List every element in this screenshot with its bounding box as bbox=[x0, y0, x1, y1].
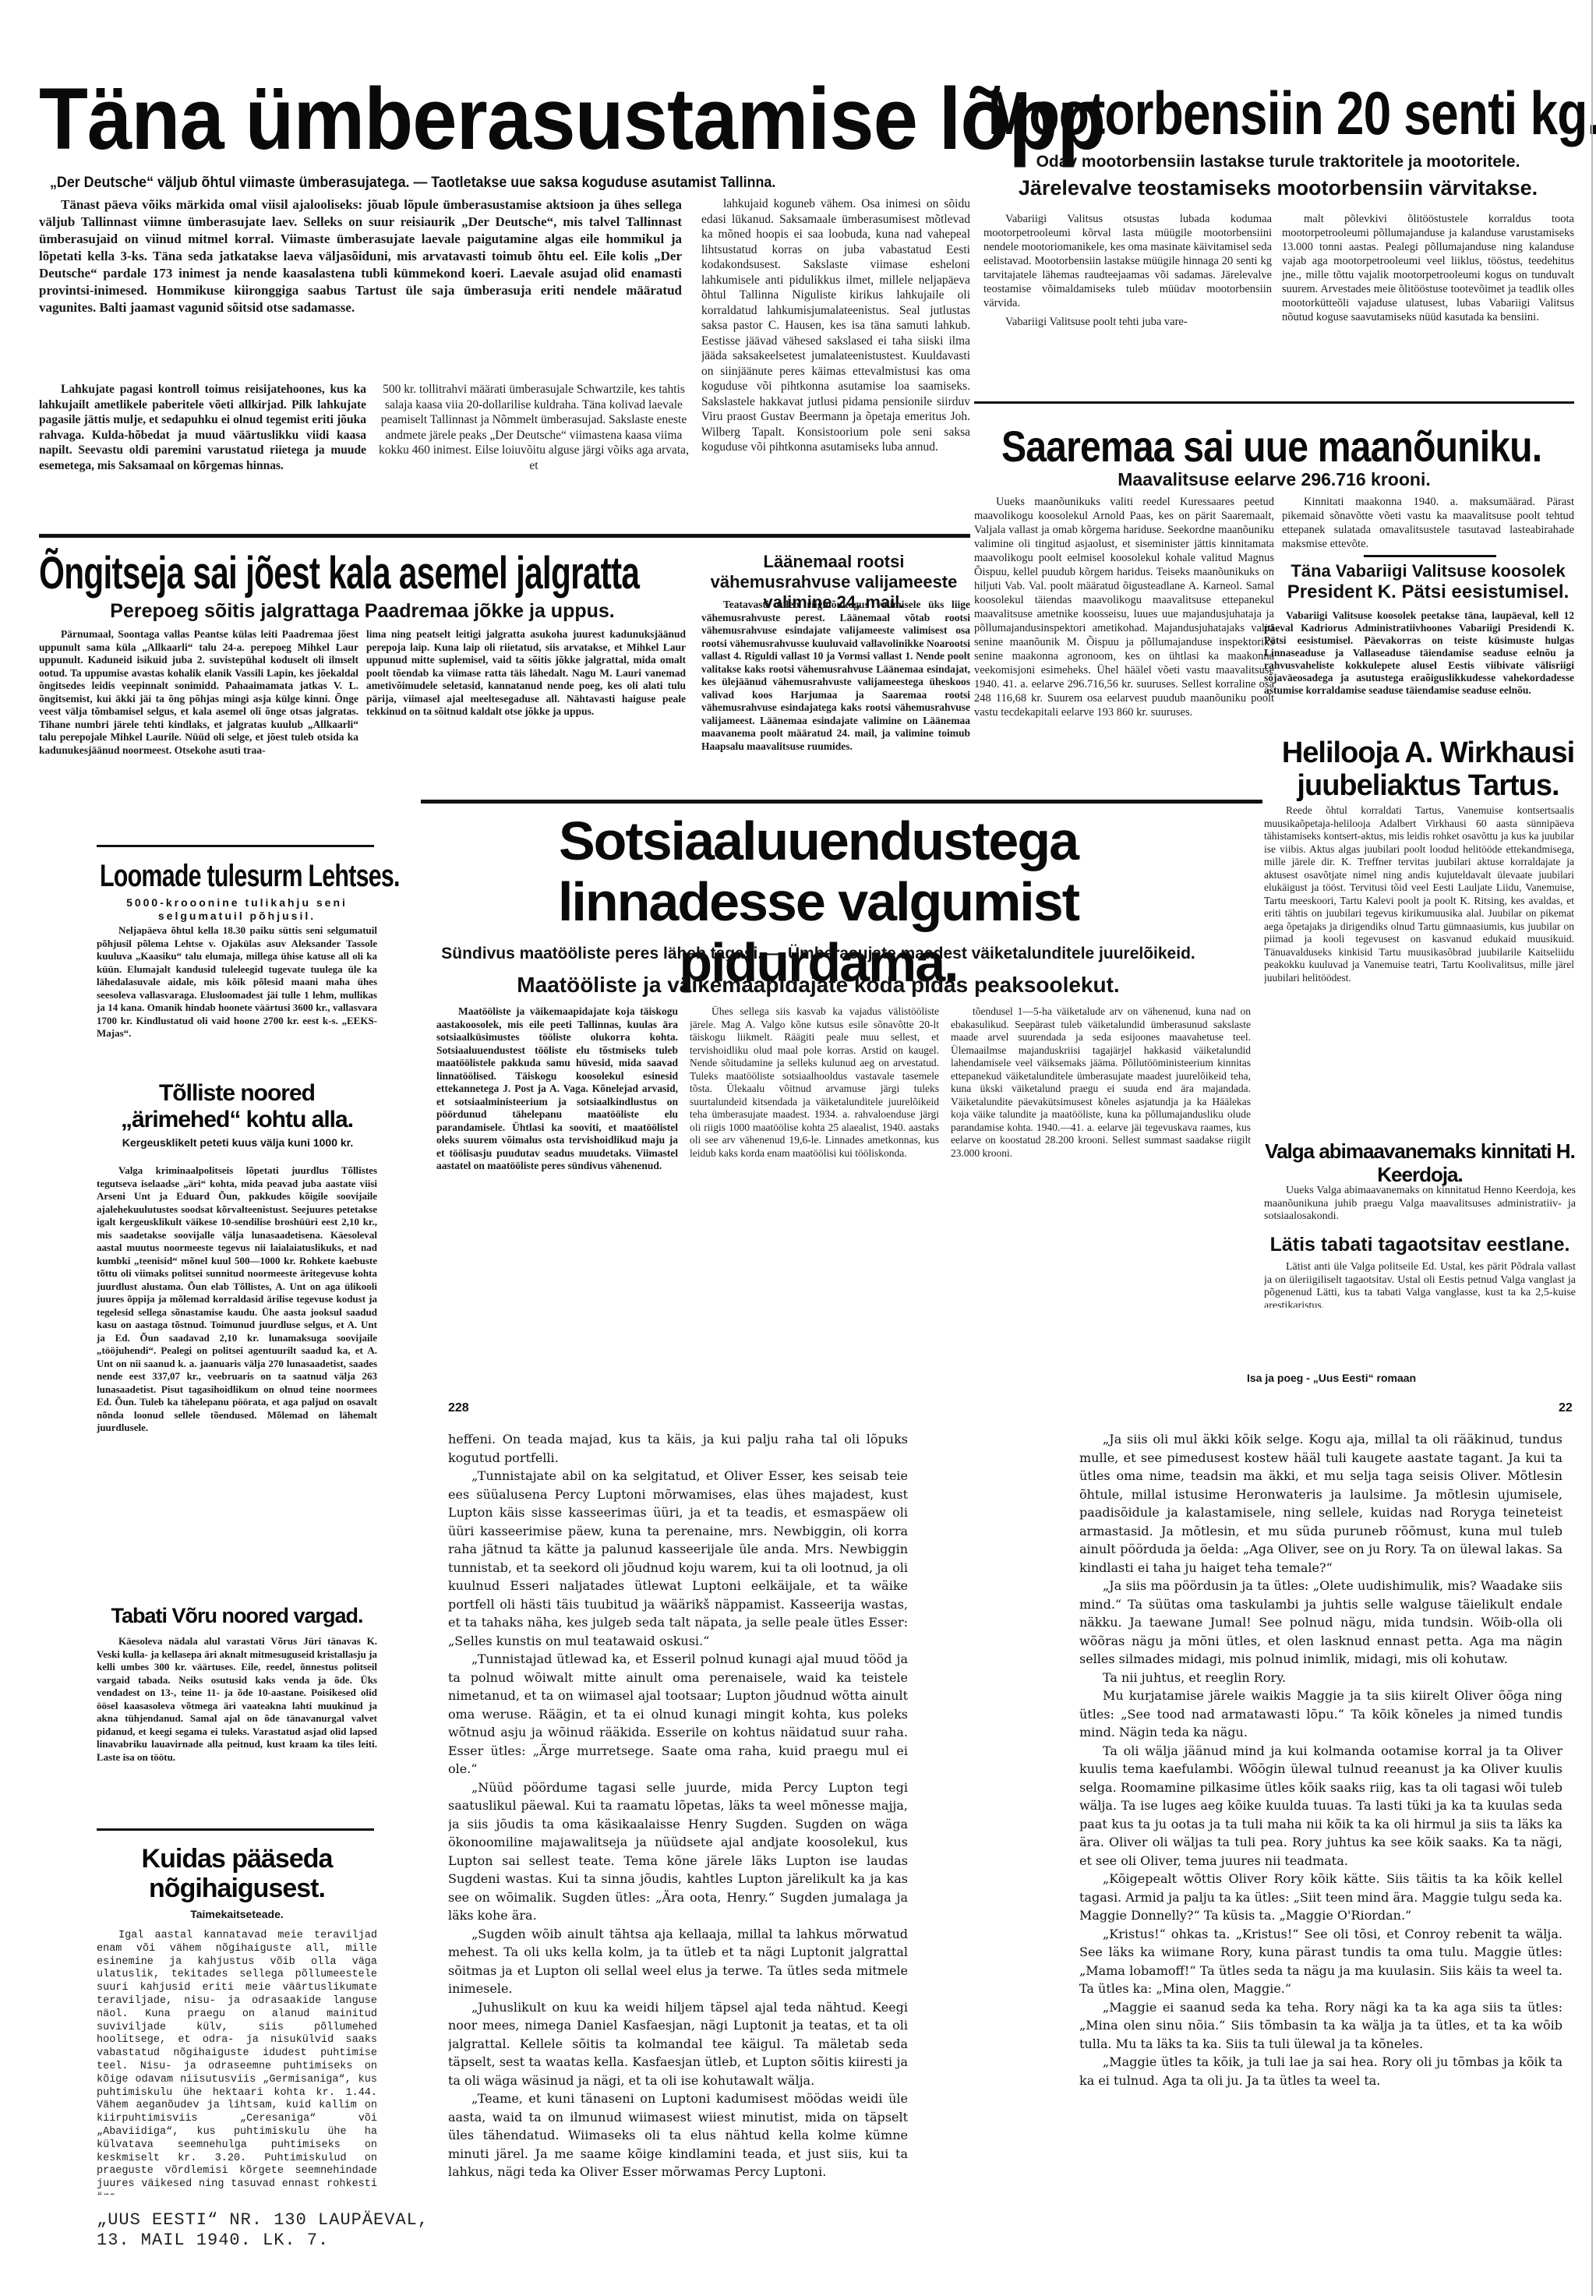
loomade-tulesurm-body: Neljapäeva õhtul kella 18.30 paiku sütti… bbox=[97, 924, 377, 1072]
headline-tolliste: Tõlliste noored „ärimehed“ kohtu alla. bbox=[97, 1080, 377, 1133]
subhead-ongitseja: Perepoeg sõitis jalgrattaga Paadremaa jõ… bbox=[39, 600, 686, 623]
novel-paragraph: Ta oli wälja jäänud mind ja kui kolmanda… bbox=[1079, 1742, 1562, 1870]
divider bbox=[974, 401, 1574, 404]
body-text: Reede õhtul korraldati Tartus, Vanemuise… bbox=[1264, 804, 1574, 984]
mootorbensiin-col-2: malt põlevkivi õlitööstustele korraldus … bbox=[1282, 212, 1574, 360]
headline-valga: Valga abimaavanemaks kinnitati H. Keerdo… bbox=[1264, 1139, 1576, 1186]
mootorbensiin-col-1: Vabariigi Valitsus otsustas lubada kodum… bbox=[983, 212, 1272, 360]
body-text: Vabariigi Valitsuse koosolek peetakse tä… bbox=[1264, 609, 1574, 697]
novel-paragraph: „Maggie ütles ta kõik, ja tuli lae ja sa… bbox=[1079, 2053, 1562, 2089]
sotsiaaluuendused-col-1: Maatööliste ja väikemaapidajate koja täi… bbox=[436, 1005, 678, 1333]
footer-publication-line-1: „UUS EESTI“ NR. 130 LAUPÄEVAL, bbox=[97, 2210, 429, 2231]
tabati-voru-body: Käesoleva nädala alul varastati Võrus Jü… bbox=[97, 1635, 377, 1822]
saaremaa-col-2: Kinnitati maakonna 1940. a. maksumäärad.… bbox=[1282, 495, 1574, 557]
body-text: tõendusel 1—5-ha väiketalude arv on vähe… bbox=[951, 1005, 1251, 1160]
umberasustamine-col-2: 500 kr. tollitrahvi määrati ümberasujale… bbox=[374, 382, 694, 546]
novel-paragraph: Ta nii juhtus, et reeglin Rory. bbox=[1079, 1669, 1562, 1687]
umberasustamine-col-3: lahkujaid koguneb vähem. Osa inimesi on … bbox=[701, 196, 970, 547]
headline-loomade-tulesurm: Loomade tulesurm Lehtses. bbox=[100, 859, 400, 894]
novel-paragraph: „Tunnistajate abil on ka selgitatud, et … bbox=[448, 1467, 908, 1650]
headline-wirkhaus: Helilooja A. Wirkhausi juubeliaktus Tart… bbox=[1278, 736, 1578, 802]
novel-paragraph: „Teame, et kuni tänaseni on Luptoni kadu… bbox=[448, 2089, 908, 2181]
sotsiaaluuendused-col-2: Ühes sellega siis kasvab ka vajadus väli… bbox=[690, 1005, 939, 1333]
novel-paragraph: „Kristus!“ ohkas ta. „Kristus!“ See oli … bbox=[1079, 1925, 1562, 1998]
novel-paragraph: „Tunnistajad ütlewad ka, et Esseril poln… bbox=[448, 1650, 908, 1779]
headline-mootorbensiin: Mootorbensiin 20 senti kg. bbox=[988, 78, 1596, 149]
novel-paragraph: heffeni. On teada majad, kus ta käis, ja… bbox=[448, 1430, 908, 1467]
divider bbox=[1364, 555, 1496, 557]
tolliste-body: Valga kriminaalpolitseis lõpetati juurdl… bbox=[97, 1164, 377, 1601]
page-edge-line bbox=[1591, 0, 1593, 2296]
body-text: 500 kr. tollitrahvi määrati ümberasujale… bbox=[374, 382, 694, 473]
body-text: Lätist anti üle Valga politseile Ed. Ust… bbox=[1264, 1261, 1576, 1308]
subhead-saaremaa: Maavalitsuse eelarve 296.716 krooni. bbox=[974, 469, 1574, 490]
novel-left-page: heffeni. On teada majad, kus ta käis, ja… bbox=[448, 1430, 908, 2287]
subhead-kuidas-paaseda: Taimekaitseteade. bbox=[97, 1908, 377, 1920]
novel-paragraph: „Maggie ei saanud seda ka teha. Rory näg… bbox=[1079, 1998, 1562, 2054]
latis-body: Lätist anti üle Valga politseile Ed. Ust… bbox=[1264, 1261, 1576, 1308]
umberasustamine-col-1: Lahkujate pagasi kontroll toimus reisija… bbox=[39, 382, 366, 546]
headline-vabariigi-valitsus-1: Täna Vabariigi Valitsuse koosolek bbox=[1278, 561, 1578, 581]
body-text: Pärnumaal, Soontaga vallas Peantse külas… bbox=[39, 628, 358, 757]
body-text: Kinnitati maakonna 1940. a. maksumäärad.… bbox=[1282, 495, 1574, 551]
divider bbox=[97, 845, 374, 847]
body-text: lima ning peatselt leitigi jalgratta asu… bbox=[366, 628, 686, 719]
body-text: Ühes sellega siis kasvab ka vajadus väli… bbox=[690, 1005, 939, 1160]
body-text: Vabariigi Valitsus otsustas lubada kodum… bbox=[983, 212, 1272, 310]
novel-right-page: „Ja siis oli mul äkki kõik selge. Kogu a… bbox=[1079, 1430, 1562, 2287]
body-text: Vabariigi Valitsuse poolt tehti juba var… bbox=[983, 315, 1272, 329]
laanemaa-body: Teatavasti tuleb riiginõukogus valimisel… bbox=[701, 599, 970, 793]
body-text: Uueks maanõunikuks valiti reedel Kuressa… bbox=[974, 495, 1274, 719]
saaremaa-col-1: Uueks maanõunikuks valiti reedel Kuressa… bbox=[974, 495, 1274, 822]
headline-latis: Lätis tabati tagaotsitav eestlane. bbox=[1264, 1234, 1576, 1256]
novel-paragraph: „Ja siis oli mul äkki kõik selge. Kogu a… bbox=[1079, 1430, 1562, 1577]
headline-tabati-voru: Tabati Võru noored vargad. bbox=[97, 1604, 377, 1628]
novel-paragraph: Mu kurjatamise järele waikis Maggie ja t… bbox=[1079, 1687, 1562, 1742]
valga-body: Uueks Valga abimaavanemaks on kinnitatud… bbox=[1264, 1185, 1576, 1236]
novel-paragraph: „Kõigepealt wõttis Oliver Rory kõik kätt… bbox=[1079, 1870, 1562, 1925]
subhead-loomade-tulesurm: 5000-krooonine tulikahju seni selgumatui… bbox=[97, 896, 377, 923]
novel-paragraph: „Sugden wõib ainult tähtsa aja kellaaja,… bbox=[448, 1925, 908, 1998]
headline-umberasustamine: Täna ümberasustamise lõpp bbox=[39, 69, 1105, 169]
lead-umberasustamine: Tänast päeva võiks märkida omal viisil a… bbox=[39, 196, 682, 376]
subhead-umberasustamine: „Der Deutsche“ väljub õhtul viimaste ümb… bbox=[50, 175, 914, 192]
body-text: Valga kriminaalpolitseis lõpetati juurdl… bbox=[97, 1164, 377, 1435]
wirkhaus-body: Reede õhtul korraldati Tartus, Vanemuise… bbox=[1264, 804, 1574, 1124]
novel-paragraph: „Nüüd pöördume tagasi selle juurde, mida… bbox=[448, 1779, 908, 1925]
subhead-mootorbensiin-2: Järelevalve teostamiseks mootorbensiin v… bbox=[974, 176, 1582, 200]
body-text: Maatööliste ja väikemaapidajate koja täi… bbox=[436, 1005, 678, 1173]
ongitseja-col-2: lima ning peatselt leitigi jalgratta asu… bbox=[366, 628, 686, 737]
body-text: Uueks Valga abimaavanemaks on kinnitatud… bbox=[1264, 1185, 1576, 1224]
body-text: Igal aastal kannatavad meie teraviljad e… bbox=[97, 1930, 377, 2195]
novel-running-head: Isa ja poeg - „Uus Eesti“ romaan bbox=[1247, 1372, 1416, 1384]
vabariigi-valitsus-body: Vabariigi Valitsuse koosolek peetakse tä… bbox=[1264, 609, 1574, 734]
footer-publication-line-2: 13. MAIL 1940. LK. 7. bbox=[97, 2231, 329, 2251]
subhead-tolliste: Kergeusklikelt peteti kuus välja kuni 10… bbox=[117, 1136, 358, 1150]
subhead-sotsiaaluuendused-2: Maatööliste ja väikemaapidajate koda pid… bbox=[436, 973, 1200, 998]
subhead-sotsiaaluuendused-1: Sündivus maatööliste peres läheb tagasi.… bbox=[436, 945, 1200, 963]
ongitseja-col-1: Pärnumaal, Soontaga vallas Peantse külas… bbox=[39, 628, 358, 827]
subhead-mootorbensiin-1: Odav mootorbensiin lastakse turule trakt… bbox=[974, 153, 1582, 171]
novel-paragraph: „Ja siis ma pöördusin ja ta ütles: „Olet… bbox=[1079, 1577, 1562, 1669]
body-text: malt põlevkivi õlitööstustele korraldus … bbox=[1282, 212, 1574, 324]
kuidas-paaseda-body: Igal aastal kannatavad meie teraviljad e… bbox=[97, 1930, 377, 2195]
divider bbox=[97, 1828, 374, 1831]
lead-text: Tänast päeva võiks märkida omal viisil a… bbox=[39, 196, 682, 316]
novel-paragraph: „Juhuslikult on kuu ka weidi hiljem täps… bbox=[448, 1998, 908, 2090]
body-text: lahkujaid koguneb vähem. Osa inimesi on … bbox=[701, 196, 970, 455]
novel-page-number-right: 22 bbox=[1559, 1401, 1573, 1415]
novel-page-number-left: 228 bbox=[448, 1401, 469, 1415]
divider bbox=[39, 534, 970, 538]
headline-saaremaa: Saaremaa sai uue maanõuniku. bbox=[1001, 421, 1541, 472]
headline-ongitseja: Õngitseja sai jõest kala asemel jalgratt… bbox=[39, 547, 639, 599]
body-text: Käesoleva nädala alul varastati Võrus Jü… bbox=[97, 1635, 377, 1764]
body-text: Teatavasti tuleb riiginõukogus valimisel… bbox=[701, 599, 970, 753]
headline-sotsiaaluuendused: Sotsiaaluuendustega linnadesse valgumist… bbox=[436, 811, 1200, 993]
body-text: Lahkujate pagasi kontroll toimus reisija… bbox=[39, 382, 366, 473]
divider bbox=[421, 800, 1262, 804]
body-text: Neljapäeva õhtul kella 18.30 paiku sütti… bbox=[97, 924, 377, 1040]
headline-vabariigi-valitsus-2: President K. Pätsi eesistumisel. bbox=[1278, 581, 1578, 603]
headline-kuidas-paaseda: Kuidas pääseda nõgihaigusest. bbox=[97, 1844, 377, 1903]
sotsiaaluuendused-col-3: tõendusel 1—5-ha väiketalude arv on vähe… bbox=[951, 1005, 1251, 1317]
